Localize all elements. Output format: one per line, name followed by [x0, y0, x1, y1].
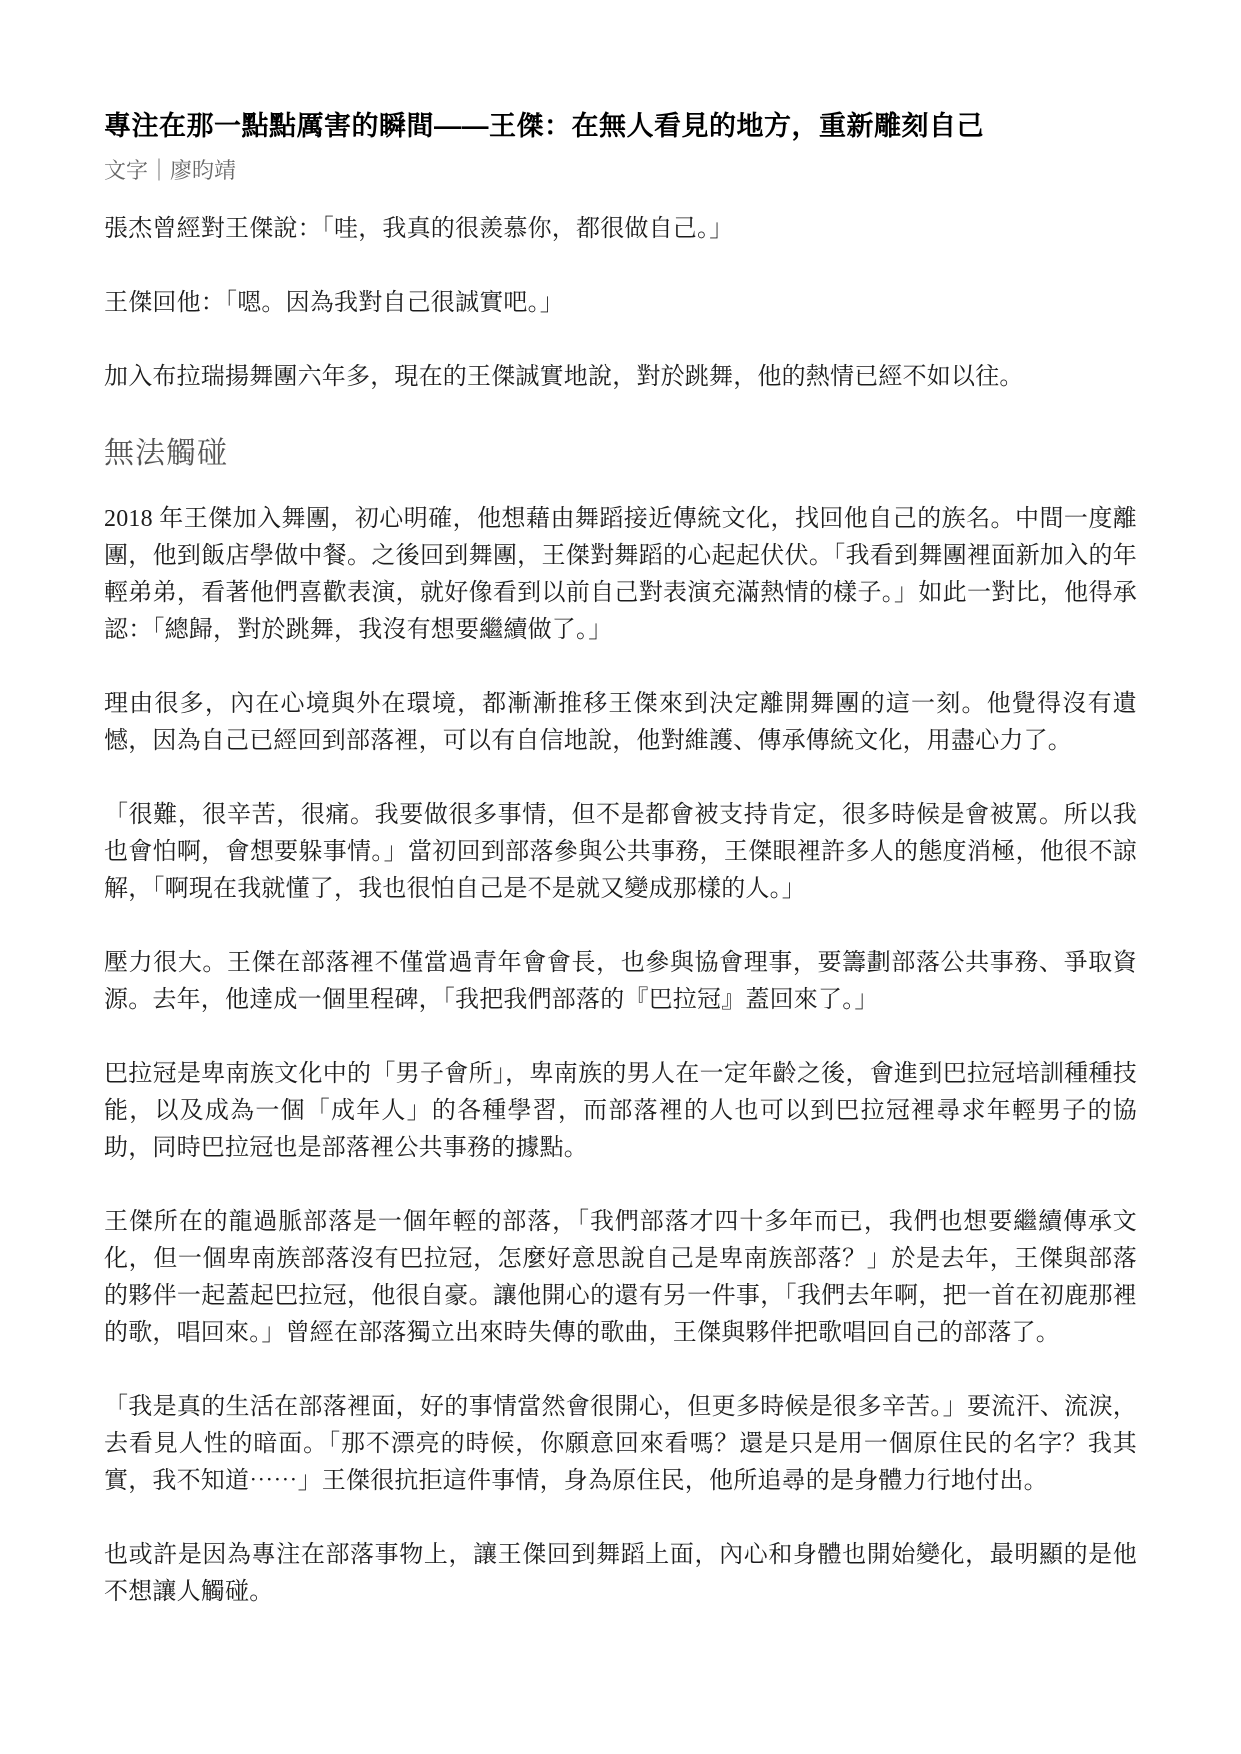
- intro-paragraph: 王傑回他：「嗯。因為我對自己很誠實吧。」: [104, 285, 1137, 322]
- intro-paragraph: 加入布拉瑞揚舞團六年多，現在的王傑誠實地說，對於跳舞，他的熱情已經不如以往。: [104, 359, 1137, 396]
- section-paragraph: 壓力很大。王傑在部落裡不僅當過青年會會長，也參與協會理事，要籌劃部落公共事務、爭…: [104, 945, 1137, 1019]
- section-paragraph: 「很難，很辛苦，很痛。我要做很多事情，但不是都會被支持肯定，很多時候是會被罵。所…: [104, 797, 1137, 908]
- section-paragraph: 「我是真的生活在部落裡面，好的事情當然會很開心，但更多時候是很多辛苦。」要流汗、…: [104, 1389, 1137, 1500]
- section-paragraph: 巴拉冠是卑南族文化中的「男子會所」，卑南族的男人在一定年齡之後，會進到巴拉冠培訓…: [104, 1056, 1137, 1167]
- byline: 文字｜廖昀靖: [104, 154, 1137, 187]
- section-paragraph: 也或許是因為專注在部落事物上，讓王傑回到舞蹈上面，內心和身體也開始變化，最明顯的…: [104, 1537, 1137, 1611]
- document-page: 專注在那一點點厲害的瞬間——王傑：在無人看見的地方，重新雕刻自己 文字｜廖昀靖 …: [0, 0, 1241, 1754]
- intro-paragraph: 張杰曾經對王傑說：「哇，我真的很羨慕你，都很做自己。」: [104, 211, 1137, 248]
- article-title: 專注在那一點點厲害的瞬間——王傑：在無人看見的地方，重新雕刻自己: [104, 108, 1137, 144]
- section-paragraph: 王傑所在的龍過脈部落是一個年輕的部落，「我們部落才四十多年而已，我們也想要繼續傳…: [104, 1204, 1137, 1352]
- section-paragraph: 理由很多，內在心境與外在環境，都漸漸推移王傑來到決定離開舞團的這一刻。他覺得沒有…: [104, 686, 1137, 760]
- section-heading: 無法觸碰: [104, 433, 1137, 475]
- section-paragraph: 2018 年王傑加入舞團，初心明確，他想藉由舞蹈接近傳統文化，找回他自己的族名。…: [104, 501, 1137, 649]
